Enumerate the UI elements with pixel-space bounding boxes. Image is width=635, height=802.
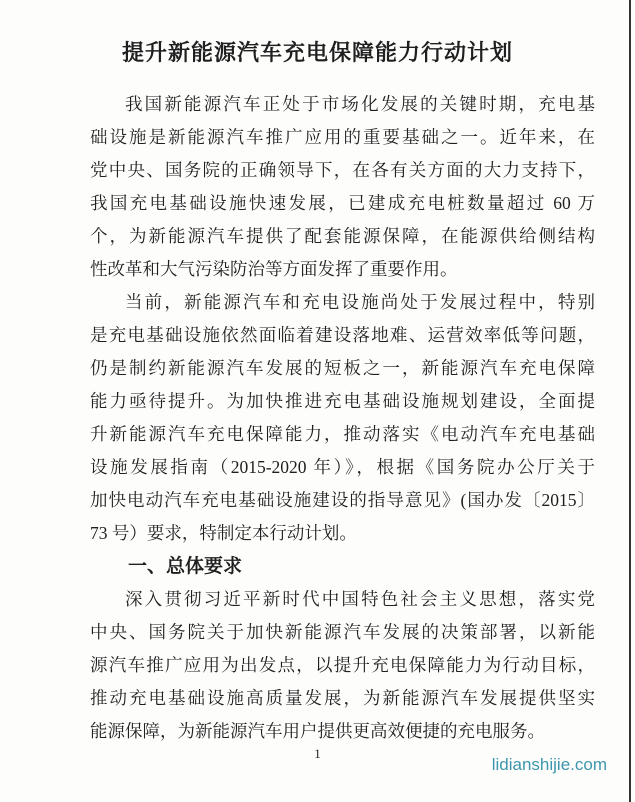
text-line: 个，为新能源汽车提供了配套能源保障，在能源供给侧结构 — [90, 220, 595, 253]
text-line: 仍是制约新能源汽车发展的短板之一，新能源汽车充电保障 — [90, 352, 595, 385]
text-line: 设施发展指南（2015-2020 年）》，根据《国务院办公厅关于 — [90, 451, 595, 484]
document-title: 提升新能源汽车充电保障能力行动计划 — [0, 36, 635, 67]
text-line: 性改革和大气污染防治等方面发挥了重要作用。 — [90, 253, 595, 286]
text-line: 我国新能源汽车正处于市场化发展的关键时期，充电基 — [90, 88, 595, 121]
text-line: 是充电基础设施依然面临着建设落地难、运营效率低等问题， — [90, 319, 595, 352]
text-line: 础设施是新能源汽车推广应用的重要基础之一。近年来，在 — [90, 121, 595, 154]
text-line: 加快电动汽车充电基础设施建设的指导意见》(国办发〔2015〕 — [90, 484, 595, 517]
document-page: 提升新能源汽车充电保障能力行动计划 我国新能源汽车正处于市场化发展的关键时期，充… — [0, 0, 635, 802]
text-line: 73 号）要求，特制定本行动计划。 — [90, 517, 595, 550]
text-line: 升新能源汽车充电保障能力，推动落实《电动汽车充电基础 — [90, 418, 595, 451]
watermark-text: lidianshijie.com — [492, 753, 607, 777]
text-line: 能力亟待提升。为加快推进充电基础设施规划建设，全面提 — [90, 385, 595, 418]
text-line: 推动充电基础设施高质量发展，为新能源汽车发展提供坚实 — [90, 682, 595, 715]
text-line: 中央、国务院关于加快新能源汽车发展的决策部署，以新能 — [90, 616, 595, 649]
text-line: 我国充电基础设施快速发展，已建成充电桩数量超过 60 万 — [90, 187, 595, 220]
section-heading: 一、总体要求 — [90, 550, 595, 583]
text-line: 党中央、国务院的正确领导下，在各有关方面的大力支持下， — [90, 154, 595, 187]
text-line: 深入贯彻习近平新时代中国特色社会主义思想，落实党 — [90, 583, 595, 616]
document-body: 我国新能源汽车正处于市场化发展的关键时期，充电基础设施是新能源汽车推广应用的重要… — [90, 88, 595, 748]
text-line: 当前，新能源汽车和充电设施尚处于发展过程中，特别 — [90, 286, 595, 319]
page-edge-line — [629, 0, 631, 802]
text-line: 源汽车推广应用为出发点，以提升充电保障能力为行动目标， — [90, 649, 595, 682]
